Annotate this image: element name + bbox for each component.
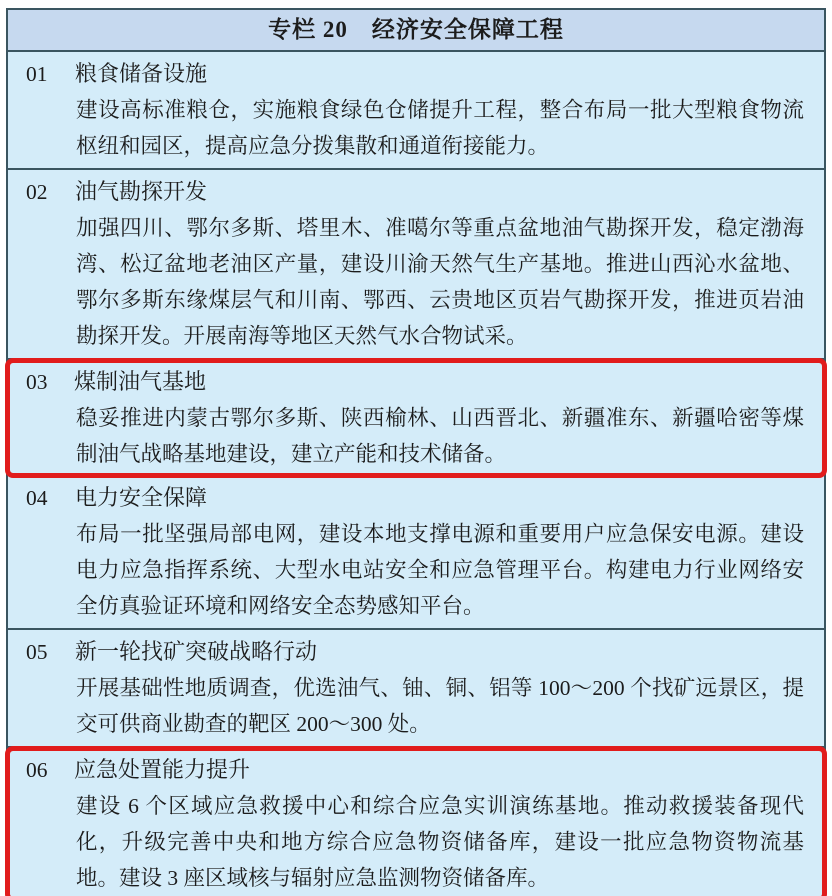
item-title-line: 01粮食储备设施 [26, 56, 804, 92]
item-row-04: 04电力安全保障 布局一批坚强局部电网，建设本地支撑电源和重要用户应急保安电源。… [8, 476, 824, 630]
item-title: 电力安全保障 [75, 485, 207, 510]
item-body: 加强四川、鄂尔多斯、塔里木、准噶尔等重点盆地油气勘探开发，稳定渤海湾、松辽盆地老… [76, 210, 804, 354]
item-number: 04 [26, 480, 53, 516]
item-number: 05 [26, 634, 53, 670]
item-number: 06 [26, 752, 52, 788]
item-number: 01 [26, 56, 53, 92]
item-row-05: 05新一轮找矿突破战略行动 开展基础性地质调查，优选油气、铀、铜、铝等 100～… [8, 630, 824, 748]
item-title: 煤制油气基地 [74, 369, 206, 394]
item-title: 油气勘探开发 [75, 179, 207, 204]
item-row-03-highlighted: 03煤制油气基地 稳妥推进内蒙古鄂尔多斯、陕西榆林、山西晋北、新疆准东、新疆哈密… [5, 358, 827, 478]
item-title-line: 04电力安全保障 [26, 480, 804, 516]
item-title: 新一轮找矿突破战略行动 [75, 639, 317, 664]
item-row-01: 01粮食储备设施 建设高标准粮仓，实施粮食绿色仓储提升工程，整合布局一批大型粮食… [8, 52, 824, 170]
item-title-line: 03煤制油气基地 [26, 364, 804, 400]
item-number: 02 [26, 174, 53, 210]
item-title-line: 02油气勘探开发 [26, 174, 804, 210]
document-page: 专栏 20 经济安全保障工程 01粮食储备设施 建设高标准粮仓，实施粮食绿色仓储… [0, 0, 832, 896]
item-body: 稳妥推进内蒙古鄂尔多斯、陕西榆林、山西晋北、新疆准东、新疆哈密等煤制油气战略基地… [76, 400, 804, 472]
panel-header: 专栏 20 经济安全保障工程 [8, 10, 824, 52]
item-number: 03 [26, 364, 52, 400]
item-title: 粮食储备设施 [75, 61, 207, 86]
item-body: 建设高标准粮仓，实施粮食绿色仓储提升工程，整合布局一批大型粮食物流枢纽和园区，提… [76, 92, 804, 164]
item-row-02: 02油气勘探开发 加强四川、鄂尔多斯、塔里木、准噶尔等重点盆地油气勘探开发，稳定… [8, 170, 824, 360]
box-panel: 专栏 20 经济安全保障工程 01粮食储备设施 建设高标准粮仓，实施粮食绿色仓储… [6, 8, 826, 896]
item-body: 建设 6 个区域应急救援中心和综合应急实训演练基地。推动救援装备现代化，升级完善… [76, 788, 804, 896]
item-row-06-highlighted: 06应急处置能力提升 建设 6 个区域应急救援中心和综合应急实训演练基地。推动救… [5, 746, 827, 896]
panel-rows: 01粮食储备设施 建设高标准粮仓，实施粮食绿色仓储提升工程，整合布局一批大型粮食… [8, 52, 824, 896]
panel-title: 专栏 20 经济安全保障工程 [268, 17, 564, 42]
item-body: 开展基础性地质调查，优选油气、铀、铜、铝等 100～200 个找矿远景区，提交可… [76, 670, 804, 742]
item-title-line: 06应急处置能力提升 [26, 752, 804, 788]
item-title-line: 05新一轮找矿突破战略行动 [26, 634, 804, 670]
item-title: 应急处置能力提升 [74, 757, 250, 782]
item-body: 布局一批坚强局部电网，建设本地支撑电源和重要用户应急保安电源。建设电力应急指挥系… [76, 516, 804, 624]
